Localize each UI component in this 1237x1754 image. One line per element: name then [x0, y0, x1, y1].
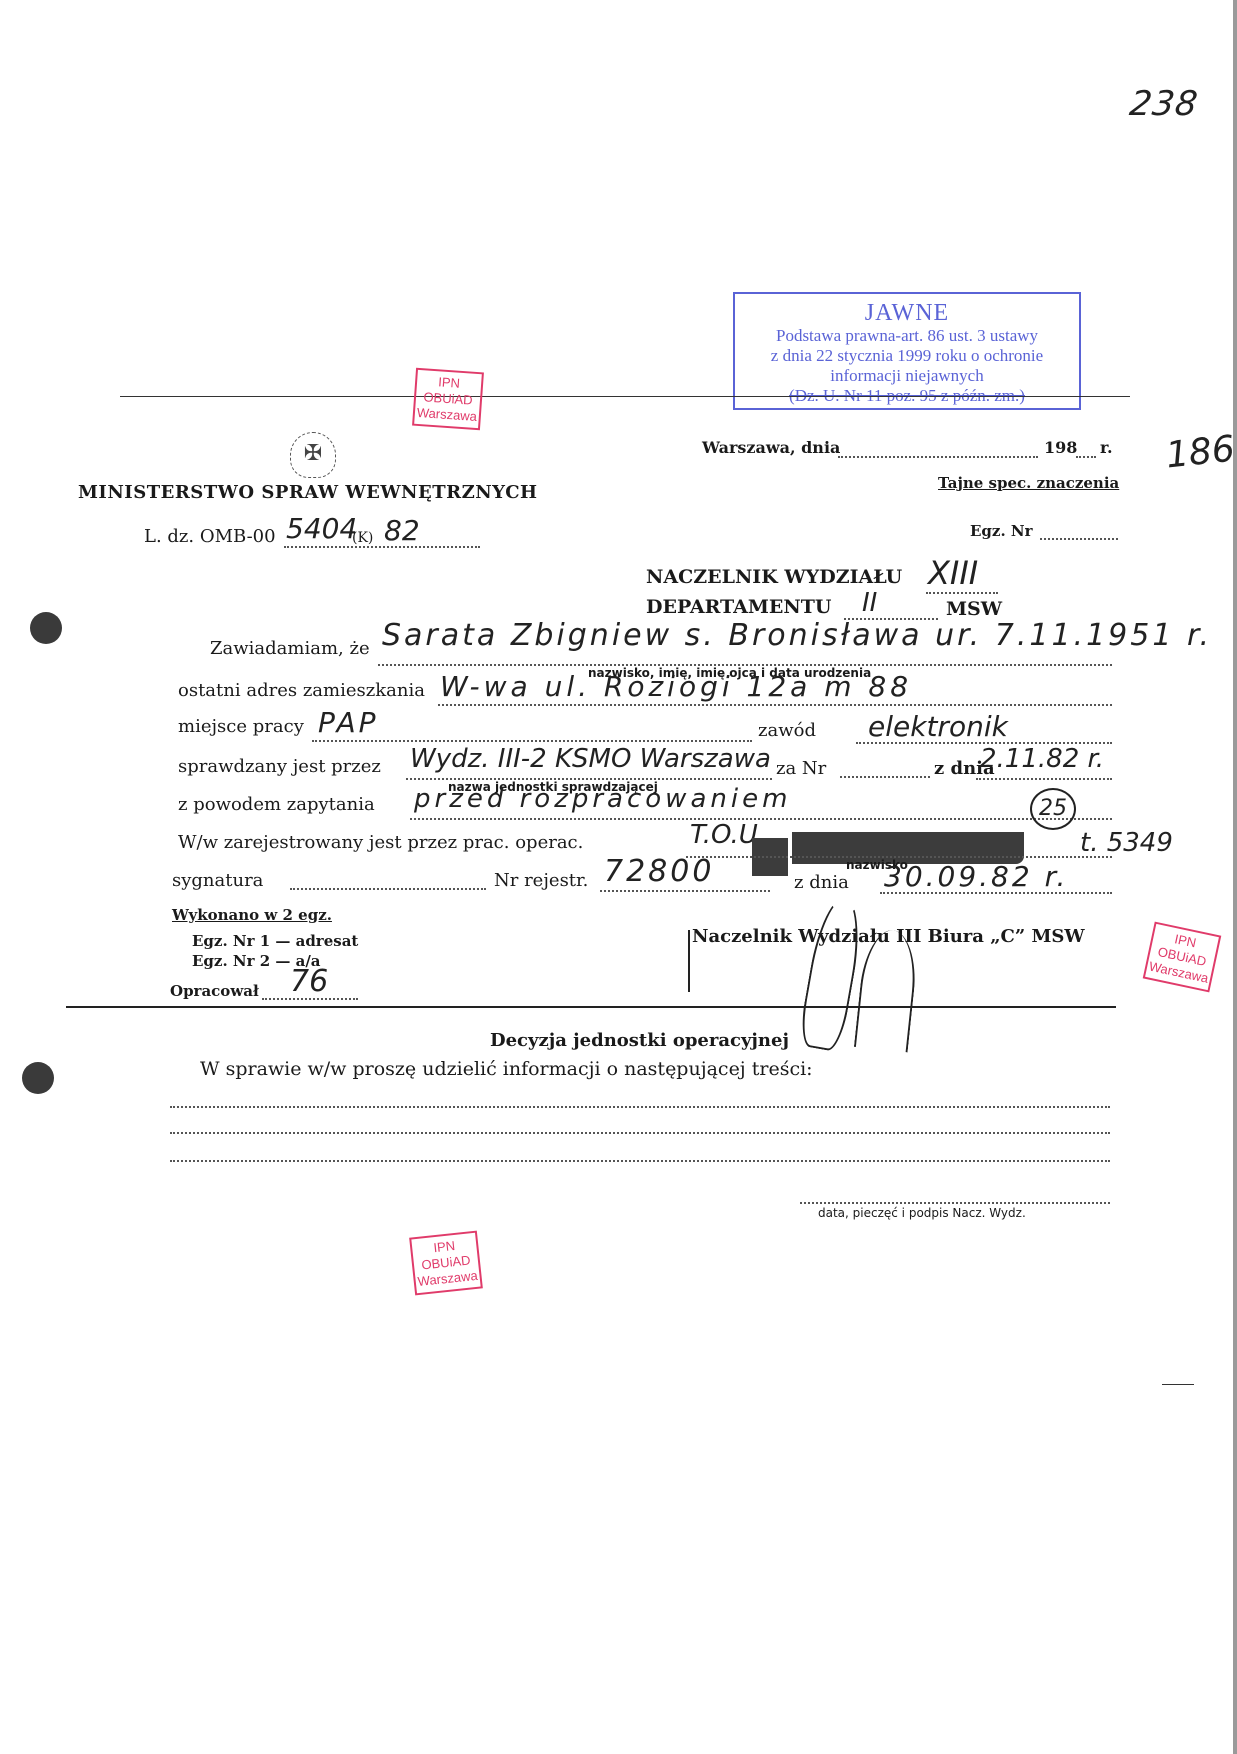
reg-date-label: z dnia	[794, 872, 849, 893]
addressee-msw: MSW	[946, 598, 1002, 620]
reference-k: (K)	[352, 530, 373, 546]
place-date-label: Warszawa, dnia	[702, 438, 840, 457]
notify-label: Zawiadamiam, że	[210, 638, 370, 659]
year-field[interactable]	[1076, 456, 1096, 458]
scan-edge	[1233, 0, 1237, 1754]
decision-title: Decyzja jednostki operacyjnej	[490, 1030, 789, 1051]
workplace-label: miejsce pracy	[178, 716, 304, 737]
stray-mark	[1162, 1384, 1194, 1385]
circled-number: 25	[1030, 788, 1076, 830]
addressee-division: XIII	[928, 554, 978, 592]
decision-answer-line[interactable]	[170, 1160, 1110, 1162]
stamp-title: JAWNE	[735, 300, 1079, 326]
workplace-line	[312, 740, 752, 742]
punch-hole	[30, 612, 62, 644]
reference-line	[284, 546, 480, 548]
punch-hole	[22, 1062, 54, 1094]
nr-field[interactable]	[840, 776, 930, 778]
decision-text: W sprawie w/w proszę udzielić informacji…	[200, 1058, 813, 1080]
prepared-value: 76	[290, 964, 328, 999]
reference-number: 5404	[286, 512, 357, 545]
archive-number: 186	[1164, 429, 1237, 477]
reason-value: przed rozpracowaniem	[414, 784, 791, 814]
profession-label: zawód	[758, 720, 816, 741]
ipn-stamp: IPN OBUiAD Warszawa	[1143, 922, 1222, 993]
reg-date-line	[880, 892, 1112, 894]
classification-label: Tajne spec. znaczenia	[938, 474, 1119, 492]
reg-nr-label: Nr rejestr.	[494, 870, 588, 891]
reg-nr-value: 72800	[604, 854, 714, 889]
copies-title: Wykonano w 2 egz.	[172, 906, 332, 924]
address-line	[438, 704, 1112, 706]
section-divider	[66, 1006, 1116, 1008]
prepared-label: Opracował	[170, 982, 259, 1000]
ipn-line: Warszawa	[414, 405, 479, 425]
addressee-line2-label: DEPARTAMENTU	[646, 596, 832, 618]
year-suffix: r.	[1100, 438, 1113, 457]
signature-label: sygnatura	[172, 870, 263, 891]
signature-field[interactable]	[290, 888, 486, 890]
date-line	[976, 778, 1112, 780]
division-line	[926, 592, 998, 594]
registered-label: W/w zarejestrowany jest przez prac. oper…	[178, 832, 583, 853]
registered-extra: t. 5349	[1080, 828, 1173, 858]
reason-label: z powodem zapytania	[178, 794, 375, 815]
ministry-name: MINISTERSTWO SPRAW WEWNĘTRZNYCH	[78, 482, 538, 503]
address-label: ostatni adres zamieszkania	[178, 680, 425, 701]
decision-footer: data, pieczęć i podpis Nacz. Wydz.	[818, 1206, 1026, 1220]
signature-bracket	[688, 930, 690, 992]
copy-number-field[interactable]	[1040, 538, 1118, 540]
copy-line-1: Egz. Nr 1 — adresat	[192, 932, 358, 950]
nr-label: za Nr	[776, 758, 826, 779]
declassification-stamp: JAWNE Podstawa prawna-art. 86 ust. 3 ust…	[733, 292, 1081, 410]
checked-by-value: Wydz. III-2 KSMO Warszawa	[410, 744, 771, 774]
prepared-line	[262, 998, 358, 1000]
notify-value: Sarata Zbigniew s. Bronisława ur. 7.11.1…	[382, 618, 1212, 653]
ipn-stamp: IPN OBUiAD Warszawa	[412, 368, 484, 431]
reference-year: 82	[384, 514, 420, 547]
eagle-emblem-icon: ✠	[290, 432, 336, 478]
decision-signature-line[interactable]	[800, 1202, 1110, 1204]
copy-number-label: Egz. Nr	[970, 522, 1033, 540]
stamp-line: z dnia 22 stycznia 1999 roku o ochronie	[735, 346, 1079, 366]
reference-label: L. dz. OMB-00	[144, 526, 276, 547]
date-field[interactable]	[838, 456, 1038, 458]
reg-nr-line	[600, 890, 770, 892]
addressee-department: II	[862, 588, 877, 618]
checked-by-label: sprawdzany jest przez	[178, 756, 381, 777]
decision-answer-line[interactable]	[170, 1106, 1110, 1108]
year-prefix: 198	[1044, 438, 1077, 457]
addressee-line1-label: NACZELNIK WYDZIAŁU	[646, 566, 902, 588]
decision-answer-line[interactable]	[170, 1132, 1110, 1134]
address-value: W-wa ul. Roziogi 12a m 88	[440, 670, 912, 703]
date-value: 2.11.82 r.	[980, 744, 1104, 774]
profession-value: elektronik	[868, 710, 1008, 743]
workplace-value: PAP	[318, 706, 379, 739]
reg-date-value: 30.09.82 r.	[884, 860, 1068, 893]
page-number: 238	[1127, 84, 1201, 124]
stamp-line: Podstawa prawna-art. 86 ust. 3 ustawy	[735, 326, 1079, 346]
ipn-stamp: IPN OBUiAD Warszawa	[409, 1231, 483, 1296]
stamp-line: informacji niejawnych	[735, 366, 1079, 386]
form-top-rule	[120, 396, 1130, 397]
